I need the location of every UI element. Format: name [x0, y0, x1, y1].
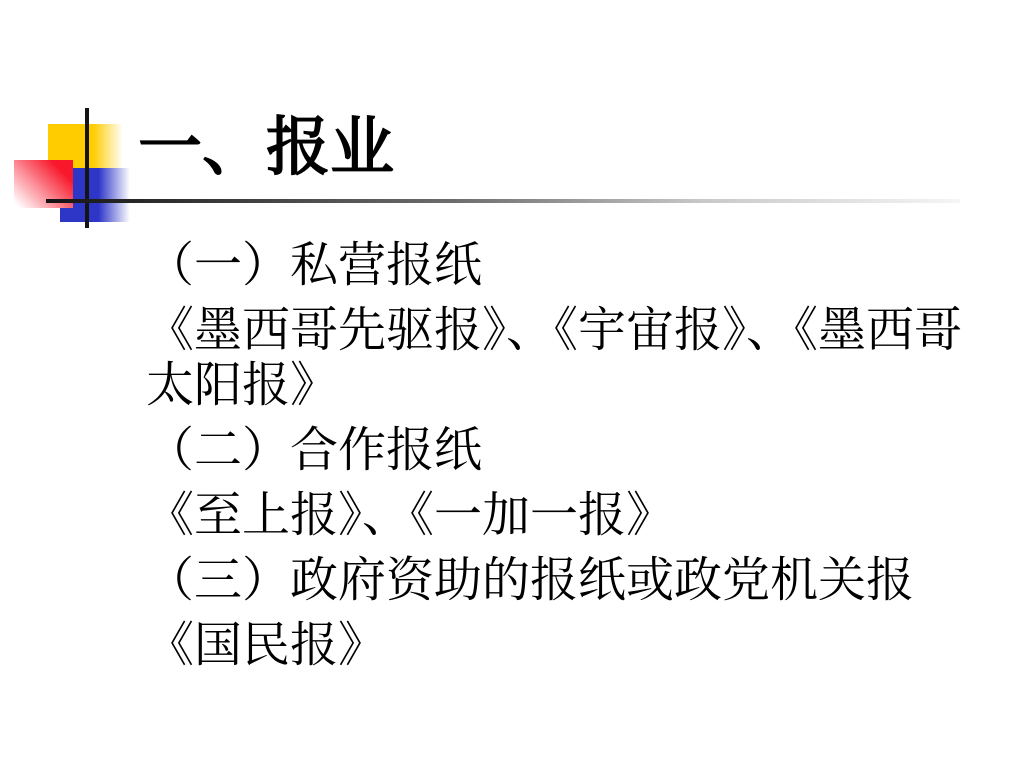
slide-title: 一、报业 [138, 116, 394, 180]
decor-vertical-line [85, 108, 89, 228]
slide-body: （一）私营报纸 《墨西哥先驱报》、《宇宙报》、《墨西哥太阳报》 （二）合作报纸 … [146, 228, 970, 673]
body-paragraph: 《至上报》、《一加一报》 [146, 488, 970, 543]
title-underline-rule [46, 199, 960, 203]
body-paragraph: （一）私营报纸 [146, 238, 970, 293]
body-paragraph: （三）政府资助的报纸或政党机关报 [146, 553, 970, 608]
body-paragraph: 《墨西哥先驱报》、《宇宙报》、《墨西哥太阳报》 [146, 303, 970, 413]
body-paragraph: （二）合作报纸 [146, 423, 970, 478]
presentation-slide: 一、报业 （一）私营报纸 《墨西哥先驱报》、《宇宙报》、《墨西哥太阳报》 （二）… [0, 0, 1024, 768]
body-paragraph: 《国民报》 [146, 618, 970, 673]
